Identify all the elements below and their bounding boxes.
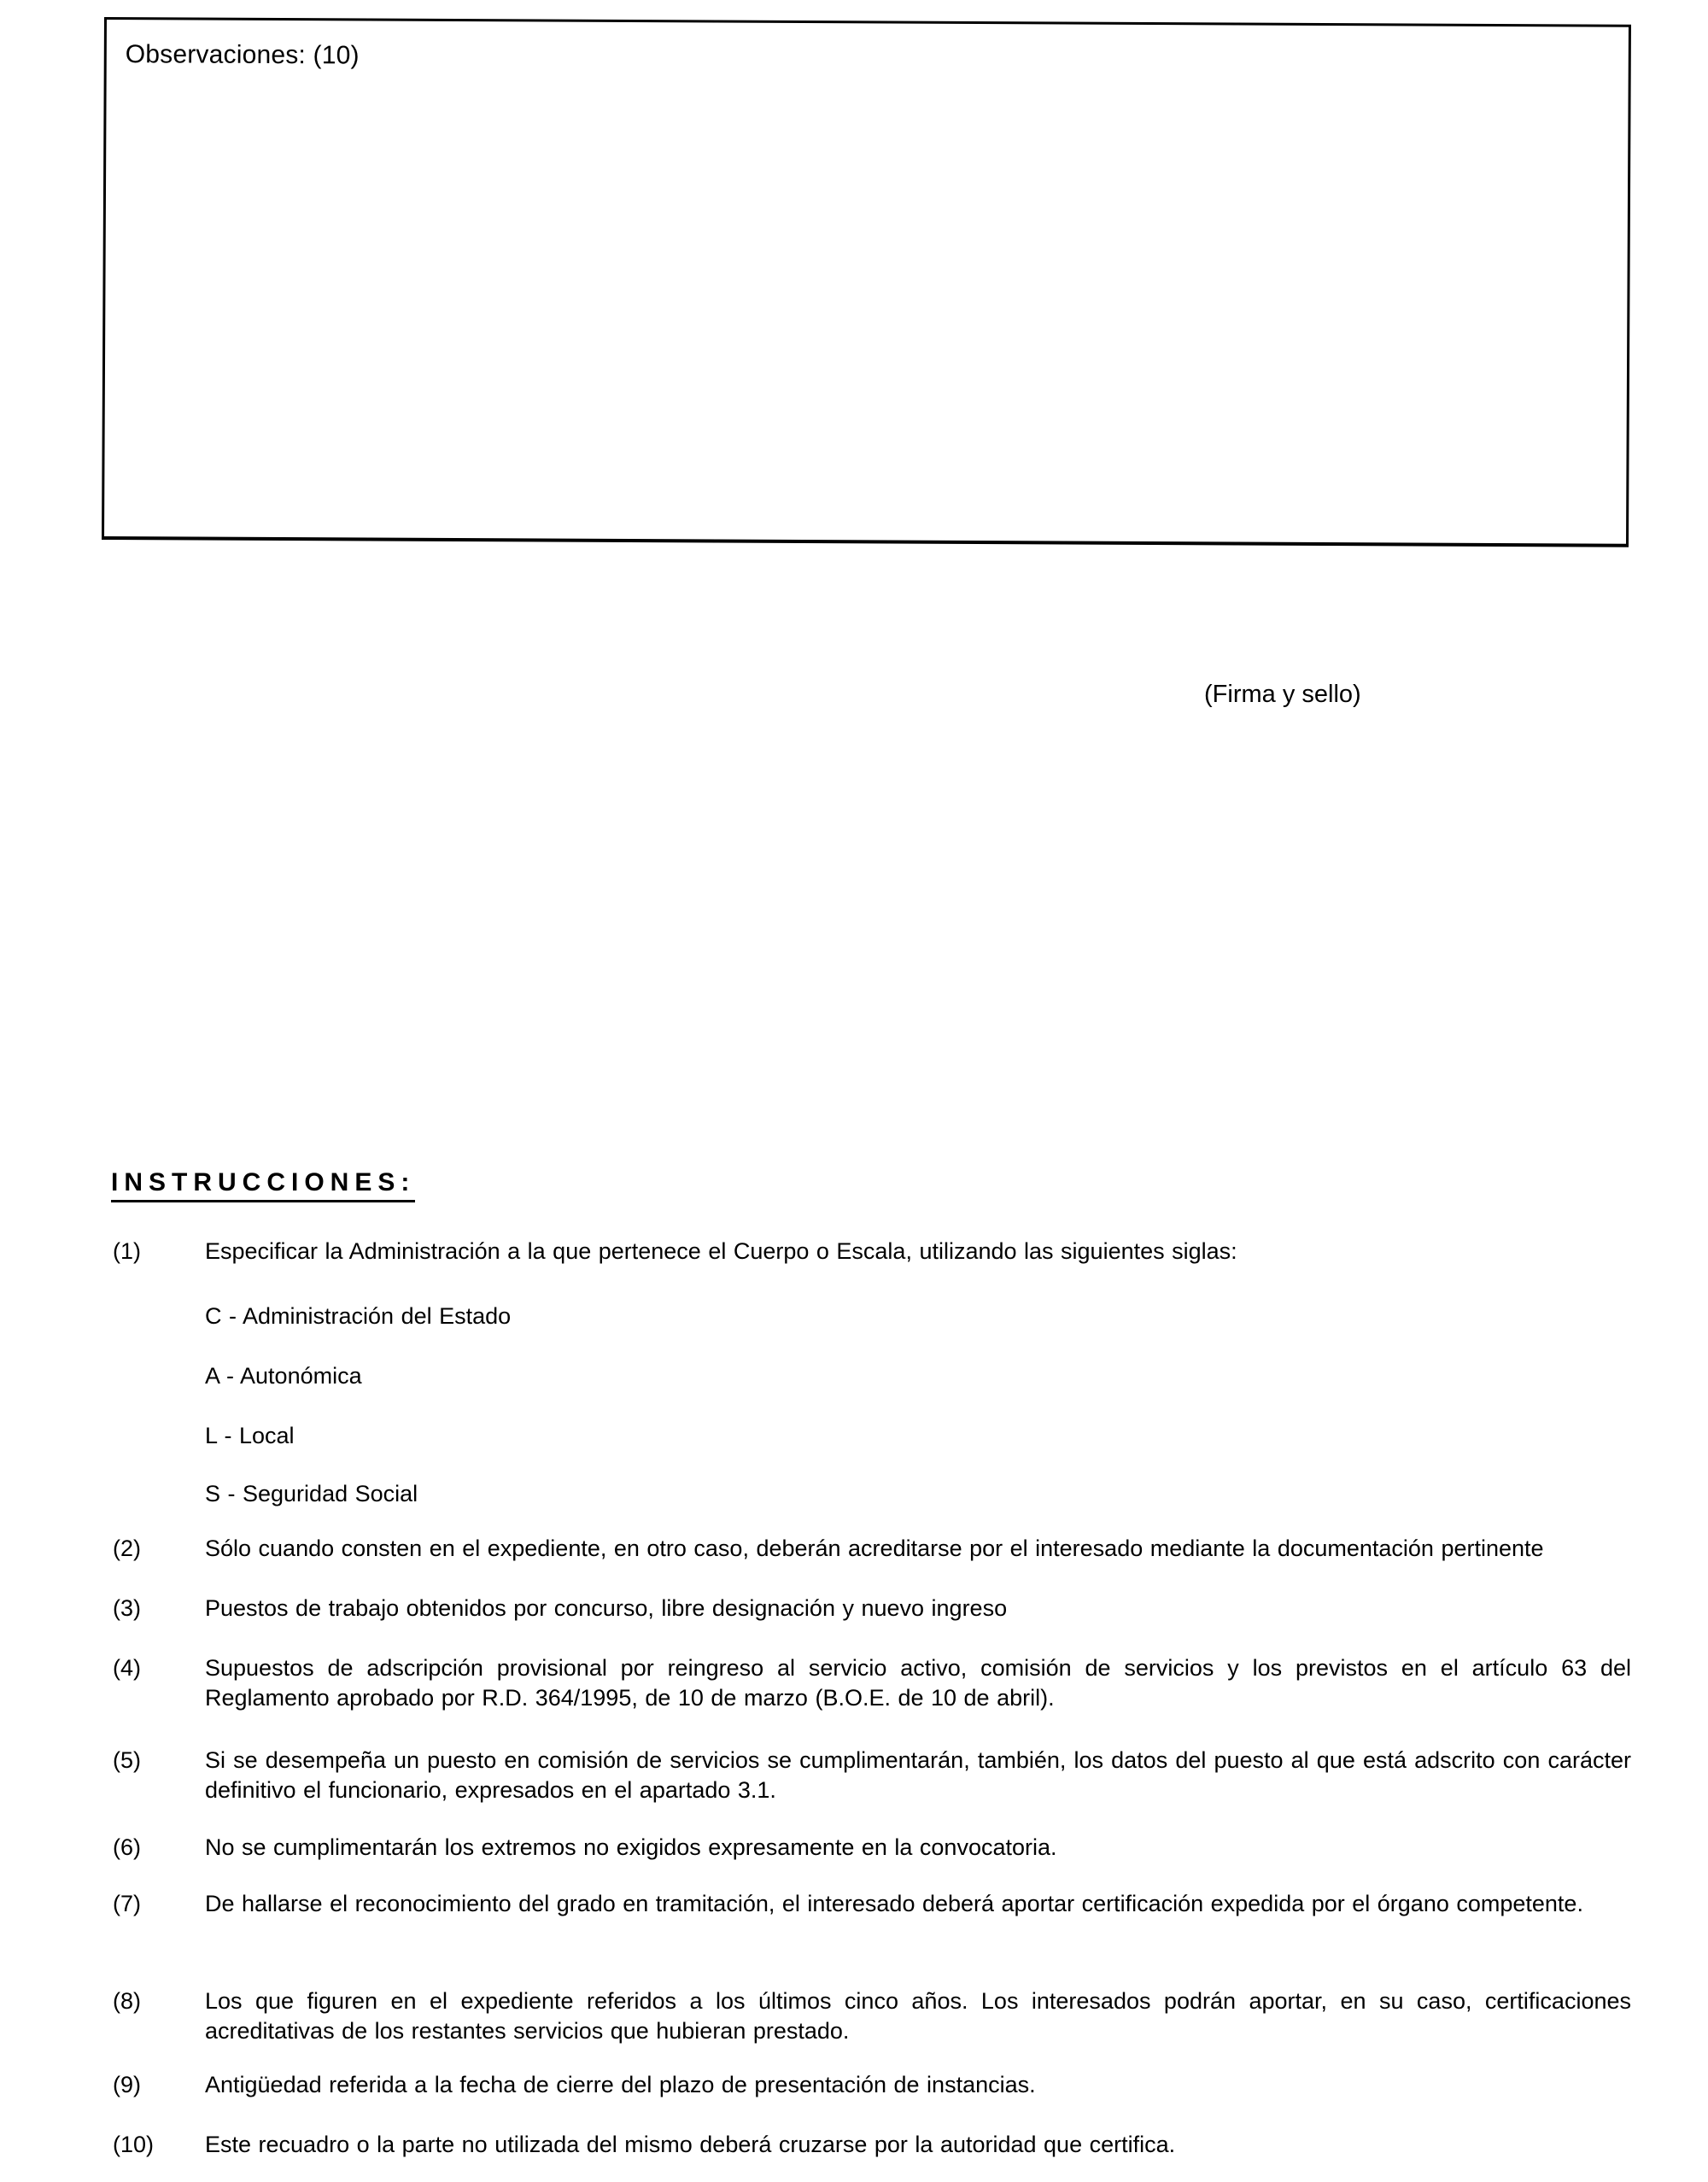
document-page: Observaciones: (10) (Firma y sello) INST… — [0, 0, 1708, 2182]
instruction-number: (4) — [113, 1653, 141, 1683]
instruction-text: S - Seguridad Social — [205, 1479, 1631, 1509]
instruction-text: C - Administración del Estado — [205, 1302, 1631, 1331]
instruction-text: De hallarse el reconocimiento del grado … — [205, 1889, 1631, 1919]
instruction-number: (1) — [113, 1237, 141, 1266]
instruction-text: L - Local — [205, 1421, 1631, 1451]
instruction-text: Si se desempeña un puesto en comisión de… — [205, 1746, 1631, 1805]
instruction-text: A - Autonómica — [205, 1361, 1631, 1391]
observations-label: Observaciones: (10) — [126, 40, 1629, 77]
instruction-text: No se cumplimentarán los extremos no exi… — [205, 1833, 1631, 1863]
instruction-text: Antigüedad referida a la fecha de cierre… — [205, 2070, 1631, 2100]
instruction-number: (7) — [113, 1889, 141, 1919]
instruction-text: Los que figuren en el expediente referid… — [205, 1986, 1631, 2046]
instruction-text: Supuestos de adscripción provisional por… — [205, 1653, 1631, 1713]
instruction-number: (9) — [113, 2070, 141, 2100]
instructions-heading: INSTRUCCIONES: — [111, 1168, 415, 1202]
signature-note: (Firma y sello) — [1204, 681, 1361, 709]
instruction-text: Puestos de trabajo obtenidos por concurs… — [205, 1594, 1631, 1623]
instruction-number: (2) — [113, 1534, 141, 1564]
instruction-number: (8) — [113, 1986, 141, 2016]
instruction-number: (5) — [113, 1746, 141, 1775]
instruction-number: (6) — [113, 1833, 141, 1863]
observations-box: Observaciones: (10) — [102, 17, 1631, 547]
instruction-text: Sólo cuando consten en el expediente, en… — [205, 1534, 1631, 1564]
instruction-number: (10) — [113, 2130, 154, 2160]
instruction-number: (3) — [113, 1594, 141, 1623]
instruction-text: Especificar la Administración a la que p… — [205, 1237, 1631, 1266]
instruction-text: Este recuadro o la parte no utilizada de… — [205, 2130, 1631, 2160]
